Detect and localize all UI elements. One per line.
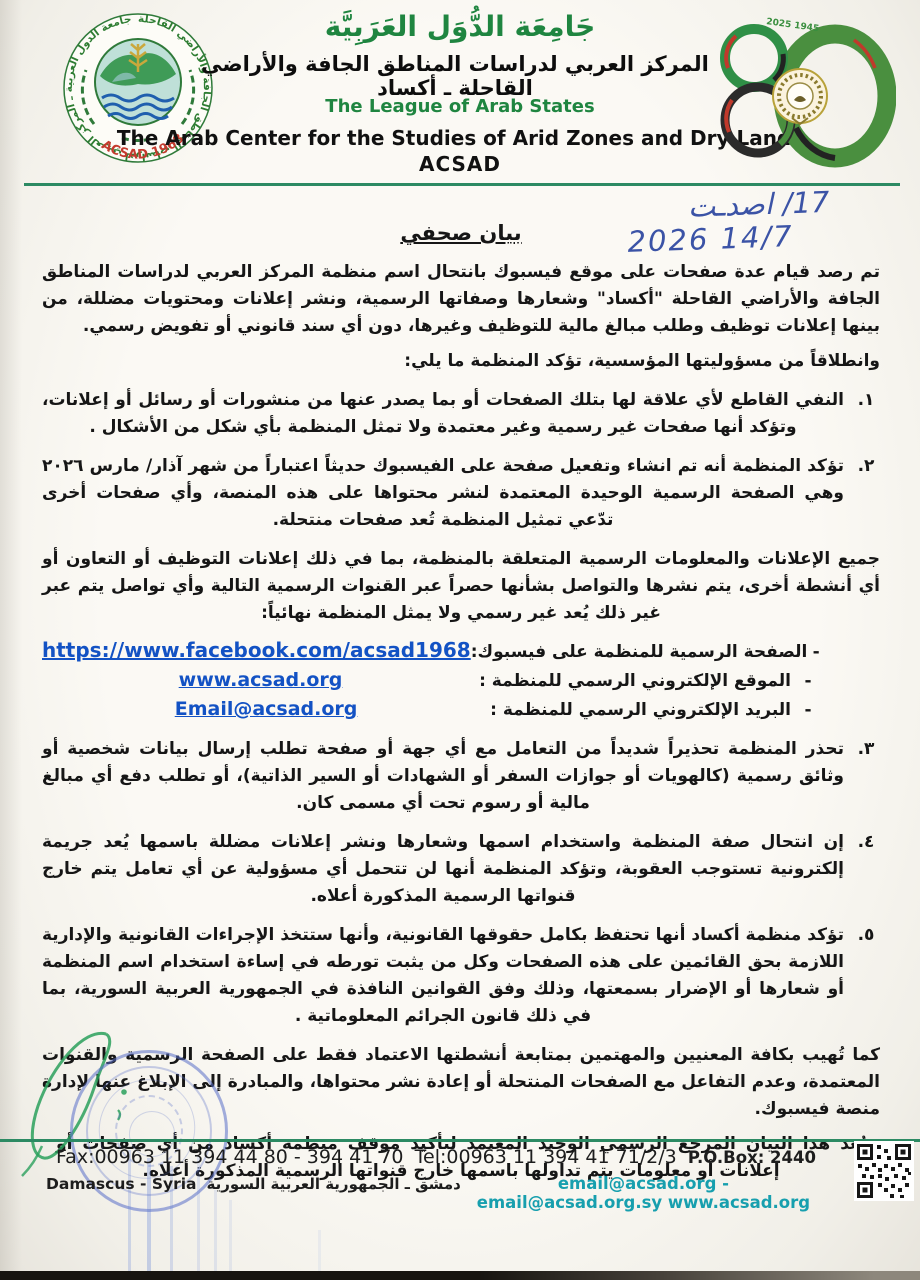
channel-label: الصفحة الرسمية للمنظمة على فيسبوك: <box>471 639 808 666</box>
tel-number: Tel:00963 11 394 41 71/2/3 <box>415 1146 677 1168</box>
document-body: بيان صحفي تم رصد قيام عدة صفحات على موقع… <box>42 220 880 1193</box>
footer-contact-line: Fax:00963 11 394 44 80 - 394 41 70 Tel:0… <box>56 1146 816 1168</box>
handwritten-word: اصدـت <box>687 188 773 224</box>
item-text: تؤكد منظمة أكساد أنها تحتفظ بكامل حقوقها… <box>42 922 844 1030</box>
item-number: ٣. <box>852 736 880 817</box>
header-divider-line <box>24 183 900 186</box>
channel-row-facebook: - الصفحة الرسمية للمنظمة على فيسبوك: htt… <box>42 637 825 666</box>
channel-row-website: - الموقع الإلكتروني الرسمي للمنظمة : www… <box>42 667 825 695</box>
statement-item-4: ٤. إن انتحال صفة المنظمة واستخدام اسمها … <box>42 829 880 910</box>
item-text: تحذر المنظمة تحذيراً شديداً من التعامل م… <box>42 736 844 817</box>
item-number: ٢. <box>852 453 880 534</box>
paragraph-intro: تم رصد قيام عدة صفحات على موقع فيسبوك با… <box>42 259 880 340</box>
footer-divider-line <box>0 1139 920 1142</box>
channel-label: البريد الإلكتروني الرسمي للمنظمة : <box>490 697 791 724</box>
scan-bottom-edge <box>0 1271 920 1280</box>
bullet-dash: - <box>791 668 825 695</box>
item-number: ٥. <box>852 922 880 1030</box>
official-channels-list: - الصفحة الرسمية للمنظمة على فيسبوك: htt… <box>42 637 825 724</box>
header-arabic-league: جَامِعَة الدُّوَل العَرَبِيَّة <box>240 10 680 43</box>
statement-item-1: ١. النفي القاطع لأي علاقة لها بتلك الصفح… <box>42 387 880 441</box>
facebook-link[interactable]: https://www.facebook.com/acsad1968 <box>42 638 471 662</box>
stamp-ink-drip <box>318 1230 321 1272</box>
header-acronym: ACSAD <box>240 152 680 176</box>
statement-item-5: ٥. تؤكد منظمة أكساد أنها تحتفظ بكامل حقو… <box>42 922 880 1030</box>
pobox: P.O.Box: 2440 <box>688 1148 816 1167</box>
item-text: النفي القاطع لأي علاقة لها بتلك الصفحات … <box>42 387 844 441</box>
paragraph-responsibility: وانطلاقاً من مسؤوليتها المؤسسية، تؤكد ال… <box>42 348 880 375</box>
header-league-english: The League of Arab States <box>240 96 680 117</box>
statement-item-2: ٢. تؤكد المنظمة أنه تم انشاء وتفعيل صفحة… <box>42 453 880 534</box>
website-link[interactable]: www.acsad.org <box>179 669 343 691</box>
email-link[interactable]: Email@acsad.org <box>175 698 358 720</box>
header-arabic-center-name: المركز العربي لدراسات المناطق الجافة وال… <box>180 52 730 100</box>
footer-address-line: Damascus - Syria دمشق ـ الجمهورية العربي… <box>46 1174 816 1212</box>
item-number: ١. <box>852 387 880 441</box>
fax-number: Fax:00963 11 394 44 80 - 394 41 70 <box>56 1146 404 1168</box>
page-title: بيان صحفي <box>42 220 880 247</box>
channel-label: الموقع الإلكتروني الرسمي للمنظمة : <box>479 668 791 695</box>
press-release-page: جامعة الدول العربية ـ المركز العربي لدرا… <box>0 0 920 1280</box>
footer-emails-website[interactable]: email@acsad.org - email@acsad.org.sy www… <box>471 1174 816 1212</box>
bullet-dash: - <box>807 639 825 666</box>
statement-item-3: ٣. تحذر المنظمة تحذيراً شديداً من التعام… <box>42 736 880 817</box>
league-emblem <box>773 69 827 124</box>
channel-row-email: - البريد الإلكتروني الرسمي للمنظمة : Ema… <box>42 696 825 724</box>
city-arabic: دمشق ـ الجمهورية العربية السورية <box>207 1175 461 1193</box>
city-english: Damascus - Syria <box>46 1175 197 1193</box>
item-text: إن انتحال صفة المنظمة واستخدام اسمها وشع… <box>42 829 844 910</box>
paragraph-official-channels: جميع الإعلانات والمعلومات الرسمية المتعل… <box>42 546 880 627</box>
item-text: تؤكد المنظمة أنه تم انشاء وتفعيل صفحة عل… <box>42 453 844 534</box>
qr-code <box>854 1141 914 1201</box>
arab-league-80-logo: 2025 1945 <box>704 8 896 180</box>
item-number: ٤. <box>852 829 880 910</box>
bullet-dash: - <box>791 697 825 724</box>
handwritten-number: /17 <box>782 186 830 221</box>
